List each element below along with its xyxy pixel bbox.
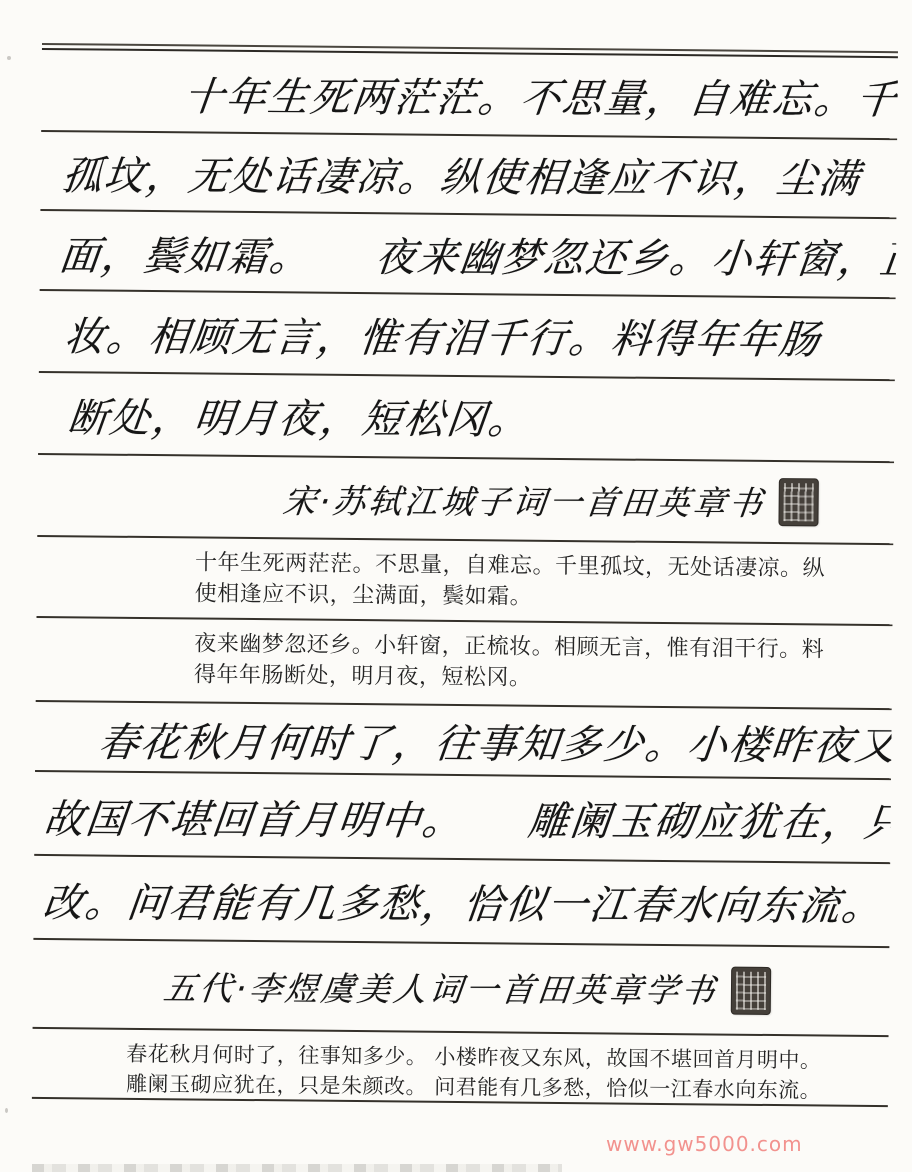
scan-noise-strip [32, 1164, 562, 1172]
attribution-text: 五代·李煜虞美人词一首田英章学书 [161, 963, 720, 1012]
seal-stamp-icon [779, 479, 817, 525]
printed-text-block-1: 十年生死两茫茫。不思量，自难忘。千里孤坟，无处话凄凉。纵 使相逢应不识，尘满面，… [36, 537, 893, 626]
scan-speck [7, 56, 11, 60]
printed-text-line: 雕阑玉砌应犹在，只是朱颜改。 问君能有几多愁，恰似一江春水向东流。 [126, 1069, 821, 1106]
scan-speck [5, 1108, 8, 1113]
seal-stamp-icon [731, 967, 769, 1013]
calligraphy-line-5: 断处，明月夜，短松冈。 [38, 373, 895, 463]
calligraphy-line-4: 妆。相顾无言，惟有泪千行。料得年年肠 [39, 291, 896, 381]
attribution-line-2: 五代·李煜虞美人词一首田英章学书 [33, 940, 890, 1037]
calligraphy-line-8: 改。问君能有几多愁，恰似一江春水向东流。 [33, 856, 890, 948]
site-watermark: www.gw5000.com [606, 1132, 803, 1156]
calligraphy-text: 妆。相顾无言，惟有泪千行。料得年年肠 [62, 305, 825, 365]
attribution-text: 宋·苏轼江城子词一首田英章书 [281, 475, 768, 524]
printed-text-block-2: 夜来幽梦忽还乡。小轩窗，正梳妆。相顾无言，惟有泪干行。料 得年年肠断处，明月夜，… [36, 618, 893, 710]
scan-skew-wrapper: 十年生死两茫茫。不思量，自难忘。千里 孤坟，无处话凄凉。纵使相逢应不识，尘满 面… [0, 0, 912, 1107]
calligraphy-line-7: 故国不堪回首月明中。 雕阑玉砌应犹在，只是朱颜 [34, 772, 891, 864]
attribution-line-1: 宋·苏轼江城子词一首田英章书 [37, 455, 894, 545]
printed-text-block-3: 春花秋月何时了，往事知多少。 小楼昨夜又东风，故国不堪回首月明中。 雕阑玉砌应犹… [32, 1029, 889, 1107]
calligraphy-text: 断处，明月夜，短松冈。 [65, 386, 533, 445]
calligraphy-line-6: 春花秋月何时了，往事知多少。小楼昨夜又东风， [35, 702, 892, 780]
printed-text-line: 得年年肠断处，明月夜，短松冈。 [194, 659, 532, 693]
calligraphy-text: 改。问君能有几多愁，恰似一江春水向东流。 [40, 871, 887, 932]
calligraphy-text: 十年生死两茫茫。不思量，自难忘。千里 [181, 65, 898, 125]
calligraphy-text: 春花秋月何时了，往事知多少。小楼昨夜又东风， [96, 710, 892, 771]
printed-text-line: 使相逢应不识，尘满面，鬓如霜。 [195, 578, 533, 612]
calligraphy-text: 故国不堪回首月明中。 雕阑玉砌应犹在，只是朱颜 [41, 787, 891, 848]
calligraphy-line-2: 孤坟，无处话凄凉。纵使相逢应不识，尘满 [40, 132, 897, 219]
calligraphy-line-3: 面，鬓如霜。 夜来幽梦忽还乡。小轩窗，正梳 [40, 211, 897, 299]
scanned-calligraphy-page: 十年生死两茫茫。不思量，自难忘。千里 孤坟，无处话凄凉。纵使相逢应不识，尘满 面… [0, 0, 912, 1172]
calligraphy-line-1: 十年生死两茫茫。不思量，自难忘。千里 [41, 50, 898, 140]
calligraphy-text: 面，鬓如霜。 夜来幽梦忽还乡。小轩窗，正梳 [57, 224, 897, 285]
book-page-sheet: 十年生死两茫茫。不思量，自难忘。千里 孤坟，无处话凄凉。纵使相逢应不识，尘满 面… [32, 0, 899, 1107]
calligraphy-text: 孤坟，无处话凄凉。纵使相逢应不识，尘满 [59, 144, 864, 204]
